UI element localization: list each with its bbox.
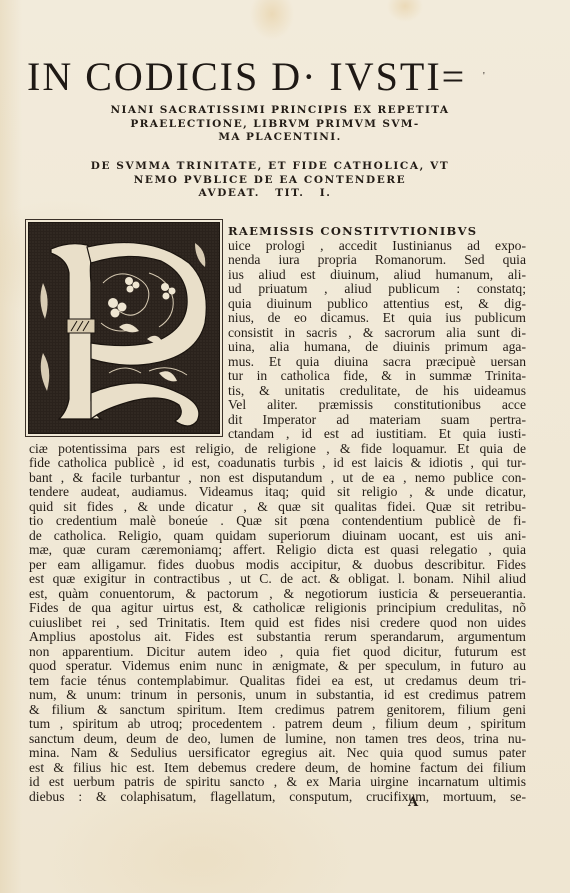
page-title: IN CODICIS D· IVSTI= [27, 57, 466, 97]
text-line: quia diuinum publico attentius est, & di… [228, 297, 526, 312]
text-line: tendere audeat, audiamus. Videamus itaq;… [29, 485, 526, 500]
text-line: ciæ potentissima pars est religio, de re… [29, 442, 526, 457]
rubric-line: AVDEAT. TIT. I. [0, 187, 570, 201]
text-line: tis, & unitatis credulitate, de his uide… [228, 384, 526, 399]
text-line: diebus : & colaphisatum, flagellatum, co… [29, 790, 526, 805]
subtitle-line: PRAELECTIONE, LIBRVM PRIMVM SVM- [0, 118, 570, 132]
body-text: RAEMISSIS CONSTITVTIONIBVS uice prologi … [29, 224, 526, 804]
text-line: RAEMISSIS CONSTITVTIONIBVS [228, 224, 526, 239]
text-line: uina, alia humana, de diuinis primum aga… [228, 340, 526, 355]
rubric-line: NEMO PVBLICE DE EA CONTENDERE [0, 174, 570, 188]
text-line: tur in catholica fide, & in summæ Trinit… [228, 369, 526, 384]
text-line: sanctum deum, deum de deo, lumen de lumi… [29, 732, 526, 747]
subtitle: NIANI SACRATISSIMI PRINCIPIS EX REPETITA… [0, 104, 570, 145]
text-line: Fides de qua agitur uirtus est, & cathol… [29, 601, 526, 616]
text-line: quid sit fides , & unde dicatur , & quæ … [29, 500, 526, 515]
text-line: ud priuatum , aliud publicum : constatq; [228, 282, 526, 297]
text-line: nenda iura propria Romanorum. Sed quia [228, 253, 526, 268]
text-line: bant , & facile turbantur , non est disp… [29, 471, 526, 486]
text-line: tum , spiritum ab utroq; procedentem . p… [29, 717, 526, 732]
text-line: consistit in sacris , & sacrorum alia su… [228, 326, 526, 341]
text-line: id est uerbum patris de spiritu sancto ,… [29, 775, 526, 790]
text-line: fide catholica publicè , id est, coaduna… [29, 456, 526, 471]
text-line: num, & unum: trinum in personis, unum in… [29, 688, 526, 703]
text-line: mina. Nam & Sedulius uersificator egregi… [29, 746, 526, 761]
rubric-line: DE SVMMA TRINITATE, ET FIDE CATHOLICA, V… [0, 160, 570, 174]
text-line: ius aliud est diuinum, aliud humanum, al… [228, 268, 526, 283]
title-mark: ' [483, 71, 485, 82]
text-line: est & filius hic est. Item debemus crede… [29, 761, 526, 776]
text-line: cuiuslibet rei , sed Trinitatis. Item qu… [29, 616, 526, 631]
text-line: Vel aliter. præmissis constitutionibus a… [228, 398, 526, 413]
subtitle-line: NIANI SACRATISSIMI PRINCIPIS EX REPETITA [0, 104, 570, 118]
text-line: uice prologi , accedit Iustinianus ad ex… [228, 239, 526, 254]
subtitle-line: MA PLACENTINI. [0, 131, 570, 145]
text-line: Amplius apostolus ait. Fides est substan… [29, 630, 526, 645]
text-line: & filium & sanctum spiritum. Item credim… [29, 703, 526, 718]
signature-mark: A [408, 795, 418, 810]
title-hyphen: = [442, 54, 467, 99]
text-line: dit Imperator ad materiam suam pertra- [228, 413, 526, 428]
text-line: mus. Et quia diuina sacra præcipuè uersa… [228, 355, 526, 370]
text-line: mæ, quæ curam cæremoniamq; affert. Relig… [29, 543, 526, 558]
book-page: IN CODICIS D· IVSTI= ' NIANI SACRATISSIM… [0, 0, 570, 893]
text-line: nius, de eo dicamus. Et quia ius publicu… [228, 311, 526, 326]
text-line: tio credentium malè boneúe . Quæ sit pœn… [29, 514, 526, 529]
text-line: tem facie ténus contemplabimur. Qualitas… [29, 674, 526, 689]
text-line: non apparentium. Dicitur autem ideo , qu… [29, 645, 526, 660]
section-rubric: DE SVMMA TRINITATE, ET FIDE CATHOLICA, V… [0, 160, 570, 201]
text-line: ctandam , id est ad iustitiam. Et quia i… [228, 427, 526, 442]
text-line: est quæ exigitur in contractibus , ut C.… [29, 572, 526, 587]
text-line: de catholica. Religio, quam quidam super… [29, 529, 526, 544]
text-line: est, quàm conuentorum, & pactorum , & ne… [29, 587, 526, 602]
text-line: quod speratur. Videmus enim nunc in ænig… [29, 659, 526, 674]
text-line: per eam alligamur. fides duobus modis ac… [29, 558, 526, 573]
title-text: IN CODICIS D· IVSTI [27, 54, 442, 99]
